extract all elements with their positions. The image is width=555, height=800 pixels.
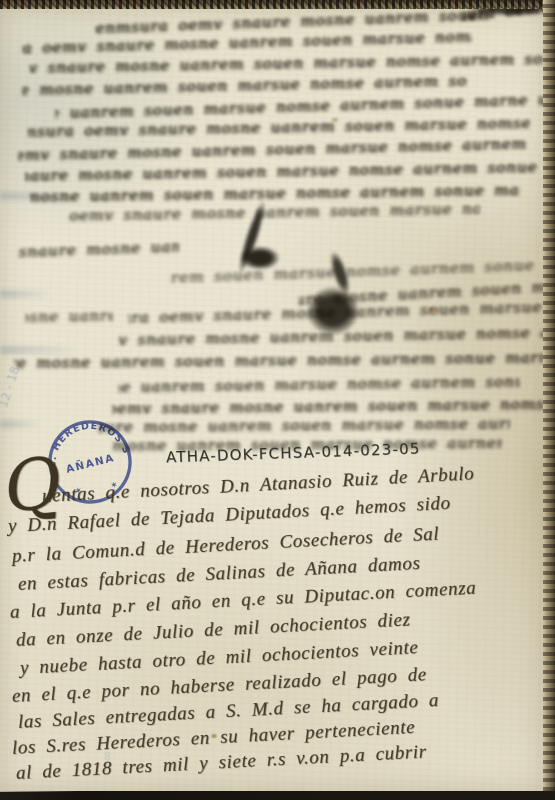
illegible-text-line: enmsura oemv snaure mosne uanrem souen m… [98, 414, 510, 436]
paper-stain [428, 306, 435, 313]
paper-stain [330, 116, 340, 124]
illegible-text-line: enmsura oemv snaure mosne uanrem souen m… [25, 306, 113, 326]
book-edge-top [0, 0, 555, 9]
verso-bleed [0, 290, 50, 298]
paper-stain [210, 733, 218, 739]
book-edge-bottom [0, 791, 555, 800]
book-edge-right [543, 0, 555, 800]
manuscript-scan: enmsura oemv snaure mosne uanrem souen m… [0, 0, 555, 800]
stamp-center-text: AÑANA [65, 451, 117, 476]
